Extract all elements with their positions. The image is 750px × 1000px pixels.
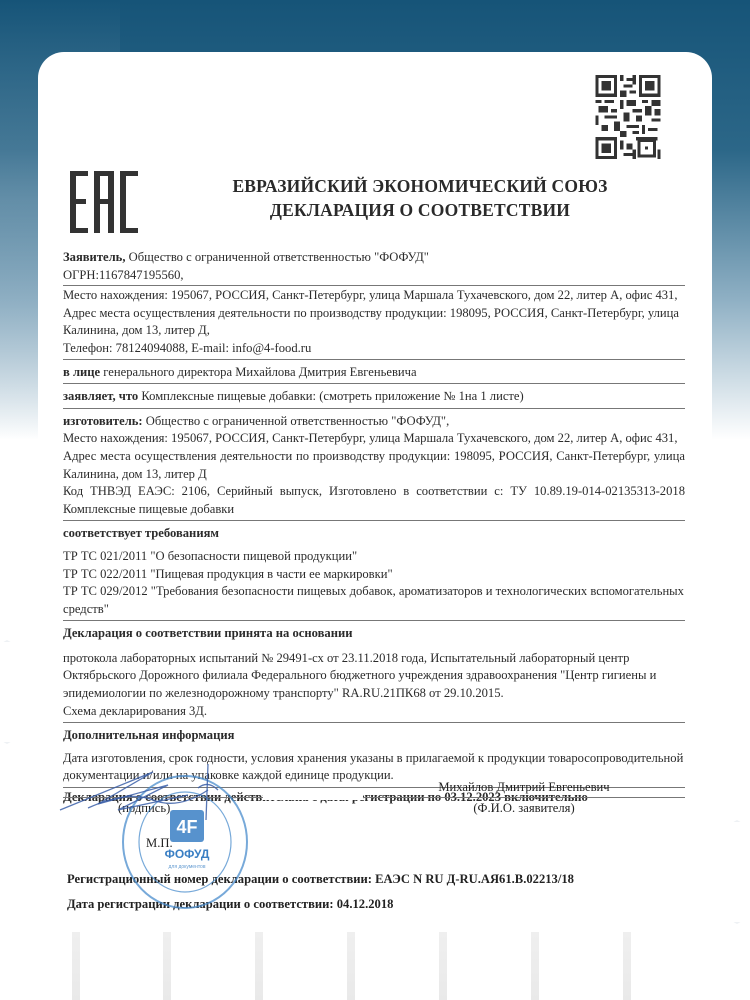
manufacturer-location: Место нахождения: 195067, РОССИЯ, Санкт-… xyxy=(63,430,685,448)
applicant-production-address: Адрес места осуществления деятельности п… xyxy=(63,305,685,340)
title-line-union: ЕВРАЗИЙСКИЙ ЭКОНОМИЧЕСКИЙ СОЮЗ xyxy=(170,174,670,198)
applicant-label: Заявитель, xyxy=(63,250,125,264)
basis-section: Декларация о соответствии принята на осн… xyxy=(63,621,685,723)
manufacturer-section: изготовитель: Общество с ограниченной от… xyxy=(63,409,685,522)
requirements-section: соответствует требованиям ТР ТС 021/2011… xyxy=(63,521,685,621)
represented-by-text: генерального директора Михайлова Дмитрия… xyxy=(100,365,416,379)
document-title: ЕВРАЗИЙСКИЙ ЭКОНОМИЧЕСКИЙ СОЮЗ ДЕКЛАРАЦИ… xyxy=(170,174,670,222)
basis-scheme: Схема декларирования 3Д. xyxy=(63,703,685,721)
signature-caption: (подпись) xyxy=(118,801,170,816)
basis-text: протокола лабораторных испытаний № 29491… xyxy=(63,650,685,703)
applicant-contacts: Телефон: 78124094088, E-mail: info@4-foo… xyxy=(63,340,685,358)
registration-date: Дата регистрации декларации о соответств… xyxy=(67,897,393,912)
manufacturer-code: Код ТНВЭД ЕАЭС: 2106, Серийный выпуск, И… xyxy=(63,483,685,518)
manufacturer-label: изготовитель: xyxy=(63,414,143,428)
registration-number: Регистрационный номер декларации о соотв… xyxy=(67,872,574,887)
represented-by-section: в лице генерального директора Михайлова … xyxy=(63,360,685,385)
requirement-item: ТР ТС 022/2011 "Пищевая продукция в част… xyxy=(63,566,685,584)
name-caption: (Ф.И.О. заявителя) xyxy=(363,801,685,816)
applicant-ogrn: ОГРН:1167847195560, xyxy=(63,267,685,285)
eac-logo-icon xyxy=(70,171,138,233)
applicant-section: Заявитель, Общество с ограниченной ответ… xyxy=(63,248,685,286)
title-line-declaration: ДЕКЛАРАЦИЯ О СООТВЕТСТВИИ xyxy=(170,198,670,222)
additional-info-label: Дополнительная информация xyxy=(63,727,685,745)
signature-line xyxy=(63,797,685,798)
basis-label: Декларация о соответствии принята на осн… xyxy=(63,625,685,643)
signer-name: Михайлов Дмитрий Евгеньевич xyxy=(363,780,685,795)
represented-by-label: в лице xyxy=(63,365,100,379)
seal-caption: М.П. xyxy=(146,836,173,851)
requirement-item: ТР ТС 021/2011 "О безопасности пищевой п… xyxy=(63,548,685,566)
declaration-body: Заявитель, Общество с ограниченной ответ… xyxy=(63,248,685,807)
declares-section: заявляет, что Комплексные пищевые добавк… xyxy=(63,384,685,409)
qr-code-icon[interactable] xyxy=(595,75,661,159)
applicant-location: Место нахождения: 195067, РОССИЯ, Санкт-… xyxy=(63,287,685,305)
requirement-item: ТР ТС 029/2012 "Требования безопасности … xyxy=(63,583,685,618)
declares-label: заявляет, что xyxy=(63,389,138,403)
manufacturer-name: Общество с ограниченной ответственностью… xyxy=(143,414,450,428)
requirements-label: соответствует требованиям xyxy=(63,525,685,543)
applicant-name: Общество с ограниченной ответственностью… xyxy=(125,250,428,264)
declares-text: Комплексные пищевые добавки: (смотреть п… xyxy=(138,389,523,403)
applicant-address-section: Место нахождения: 195067, РОССИЯ, Санкт-… xyxy=(63,286,685,359)
manufacturer-production-address: Адрес места осуществления деятельности п… xyxy=(63,448,685,483)
